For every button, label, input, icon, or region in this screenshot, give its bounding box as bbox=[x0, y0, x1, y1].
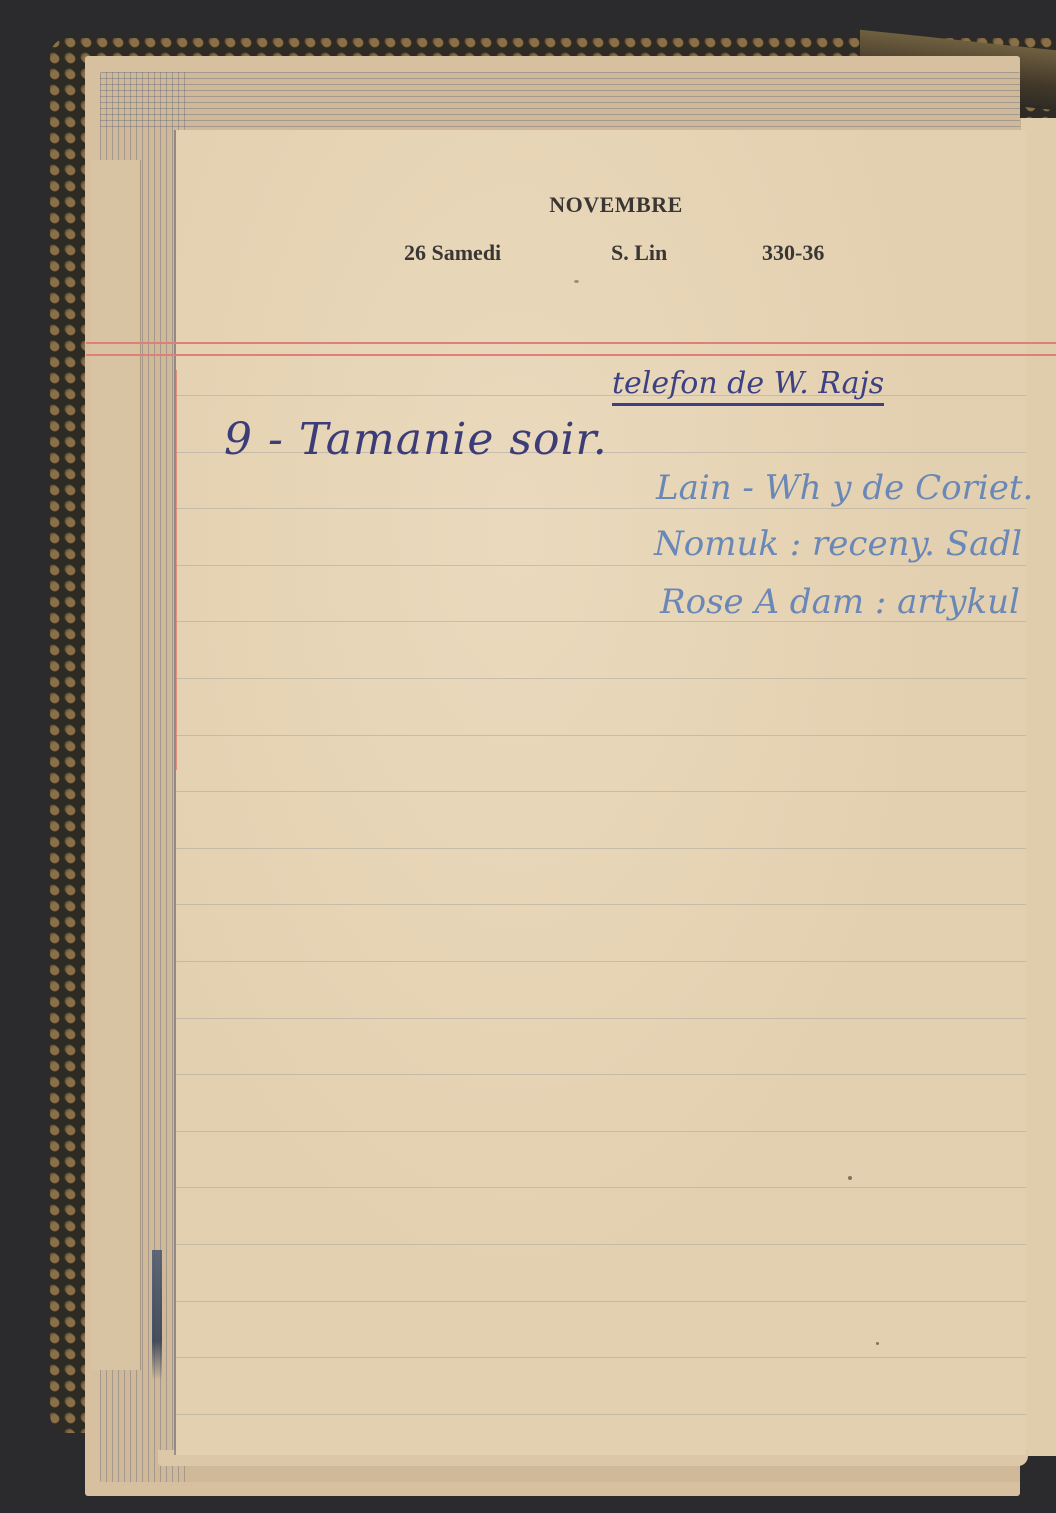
day-label: 26 Samedi bbox=[404, 240, 501, 266]
red-rule-bottom bbox=[86, 354, 1056, 356]
ruled-line bbox=[176, 565, 1026, 566]
ruled-line bbox=[176, 848, 1026, 849]
handwritten-note-2: Nomuk : receny. Sadl bbox=[654, 524, 1022, 564]
day-count: 330-36 bbox=[762, 240, 824, 266]
ruled-line bbox=[176, 1357, 1026, 1358]
ruled-line bbox=[176, 735, 1026, 736]
saint-of-day: S. Lin bbox=[611, 240, 667, 266]
handwritten-entry-telefon: telefon de W. Rajs bbox=[612, 366, 884, 406]
paper-speck bbox=[574, 280, 579, 283]
red-rule-top bbox=[86, 342, 1056, 344]
ruled-line bbox=[176, 1131, 1026, 1132]
paper-speck bbox=[876, 1342, 879, 1345]
ruled-line bbox=[176, 1244, 1026, 1245]
ruled-line bbox=[176, 1414, 1026, 1415]
handwritten-entry-left: 9 - Tamanie soir. bbox=[224, 414, 608, 465]
ruled-line bbox=[176, 1018, 1026, 1019]
diary-page: NOVEMBRE 26 Samedi S. Lin 330-36 9 - Tam… bbox=[176, 130, 1026, 1455]
margin-line bbox=[176, 370, 177, 770]
ruled-line bbox=[176, 1074, 1026, 1075]
paper-speck bbox=[848, 1176, 852, 1180]
month-title: NOVEMBRE bbox=[176, 192, 1026, 218]
ruled-line bbox=[176, 508, 1026, 509]
handwritten-note-3: Rose A dam : artykul bbox=[660, 582, 1020, 622]
ruled-line bbox=[176, 961, 1026, 962]
ruled-line bbox=[176, 678, 1026, 679]
ruled-line bbox=[176, 1301, 1026, 1302]
handwritten-note-1: Lain - Wh y de Coriet. bbox=[656, 468, 1033, 508]
ruled-line bbox=[176, 395, 1026, 396]
ruled-line bbox=[176, 904, 1026, 905]
ruled-line bbox=[176, 791, 1026, 792]
ruled-line bbox=[176, 1187, 1026, 1188]
page-edge-stain bbox=[152, 1250, 162, 1380]
